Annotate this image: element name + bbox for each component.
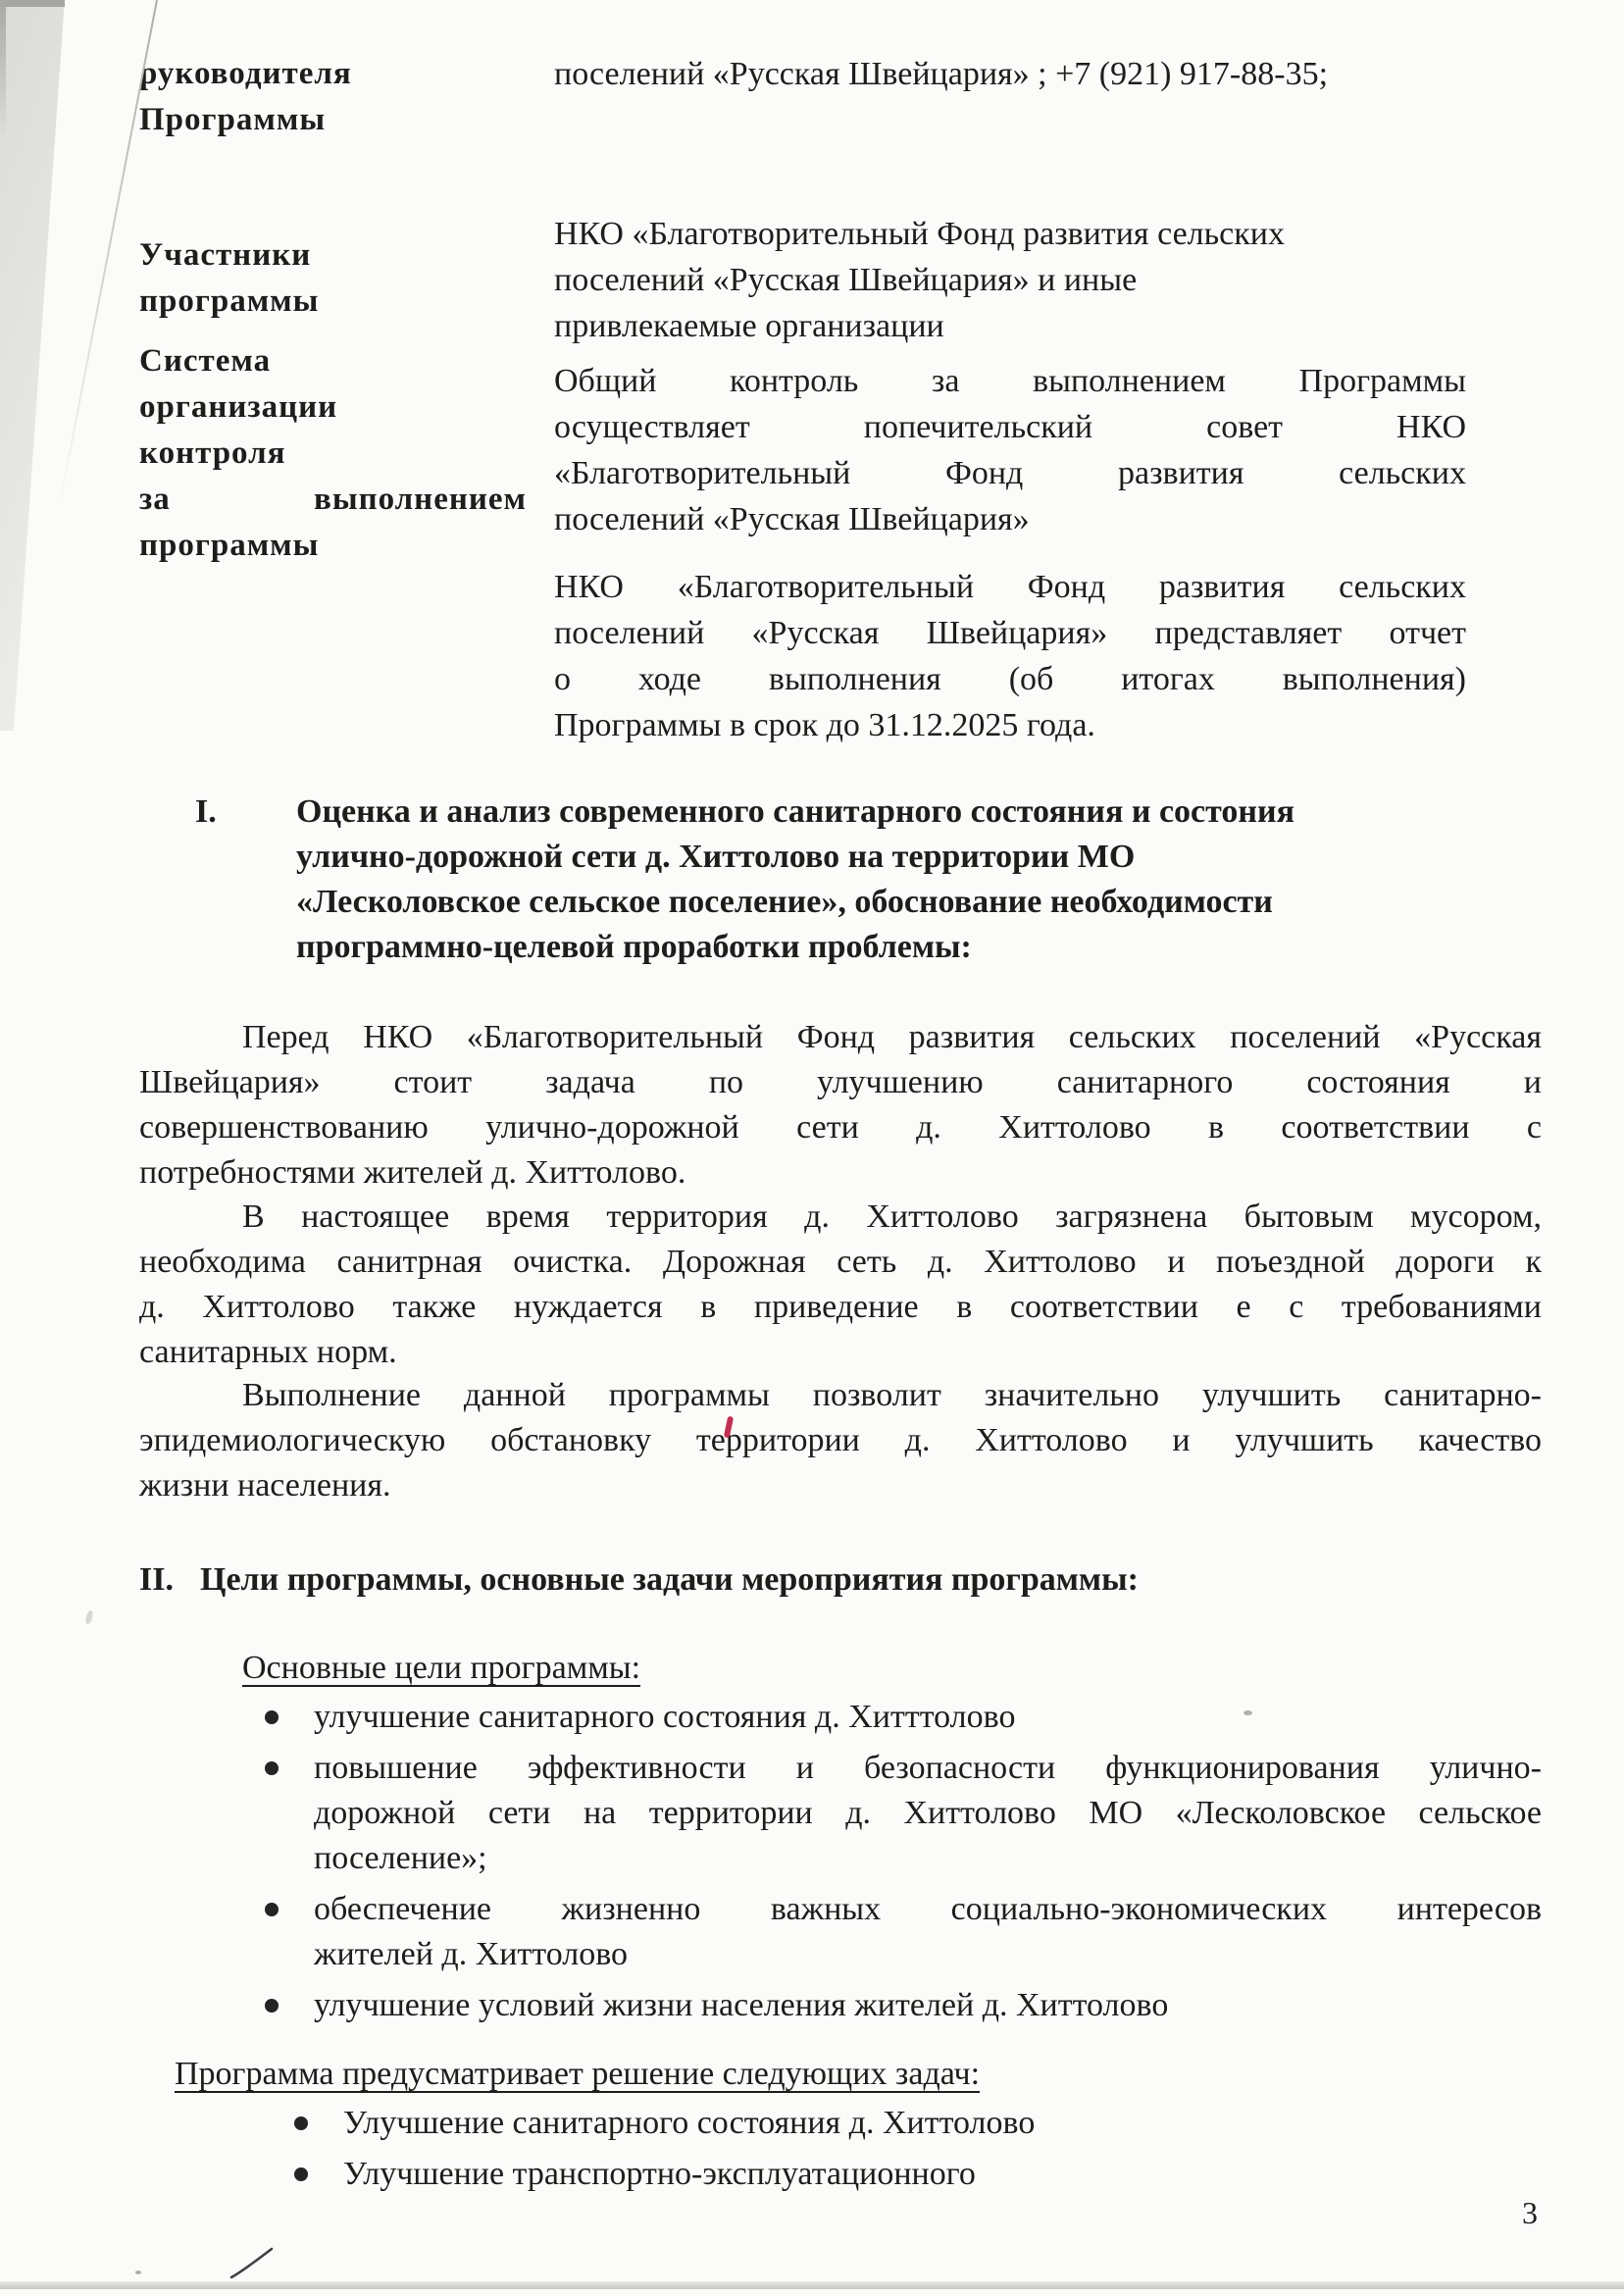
scan-speck: [84, 1609, 93, 1624]
page-number: 3: [1522, 2195, 1538, 2231]
fold-edge-top: [0, 0, 65, 7]
list-item: Улучшение транспортно-эксплуатационного: [139, 2152, 1542, 2197]
heading-line: улично-дорожной сети д. Хиттолово на тер…: [296, 835, 1483, 880]
fold-shadow: [0, 0, 137, 731]
bullet-icon: [265, 1710, 279, 1724]
list-item: улучшение санитарного состояния д. Хиттт…: [139, 1695, 1542, 1740]
paragraph-line: Швейцария» стоит задача по улучшению сан…: [139, 1060, 1542, 1105]
value-line: Программы в срок до 31.12.2025 года.: [554, 702, 1466, 748]
section-2-heading: II. Цели программы, основные задачи меро…: [139, 1557, 1542, 1603]
goals-list: улучшение санитарного состояния д. Хиттт…: [139, 1695, 1542, 2028]
list-item-line: улучшение санитарного состояния д. Хиттт…: [314, 1695, 1542, 1740]
label-line: руководителя: [139, 51, 527, 97]
value-line: НКО «Благотворительный Фонд развития сел…: [554, 211, 1466, 257]
section-2-title: Цели программы, основные задачи мероприя…: [200, 1557, 1542, 1603]
bullet-icon: [294, 2116, 308, 2130]
paragraph-line: В настоящее время территория д. Хиттолов…: [139, 1195, 1542, 1240]
section-1-title: Оценка и анализ современного санитарного…: [296, 790, 1483, 970]
info-row-participants: Участники программы НКО «Благотворительн…: [139, 211, 1542, 349]
list-item: повышение эффективности и безопасности ф…: [139, 1746, 1542, 1881]
bullet-icon: [294, 2167, 308, 2181]
list-item: обеспечение жизненно важных социально-эк…: [139, 1887, 1542, 1977]
label-line: Система: [139, 338, 527, 384]
section-1-number: I.: [195, 790, 217, 835]
label-line: программы: [139, 279, 527, 325]
fold-crease-line: [17, 0, 158, 723]
value-line: поселений «Русская Швейцария»: [554, 496, 1466, 542]
label-line: Участники: [139, 232, 527, 279]
value-line: Общий контроль за выполнением Программы: [554, 358, 1466, 404]
list-item-line: дорожной сети на территории д. Хиттолово…: [314, 1791, 1542, 1836]
heading-line: «Лесколовское сельское поселение», обосн…: [296, 880, 1483, 925]
label-line: программы: [139, 523, 527, 569]
value-line: поселений «Русская Швейцария» и иные: [554, 257, 1466, 303]
list-item-line: Улучшение санитарного состояния д. Хитто…: [343, 2101, 1542, 2146]
value-line: «Благотворительный Фонд развития сельски…: [554, 450, 1466, 496]
value-line: осуществляет попечительский совет НКО: [554, 404, 1466, 450]
label-line: за выполнением: [139, 477, 527, 523]
info-value: поселений «Русская Швейцария» ; +7 (921)…: [554, 51, 1466, 97]
pen-stroke-icon: [229, 2247, 275, 2280]
label-line: Программы: [139, 97, 527, 143]
list-item-line: повышение эффективности и безопасности ф…: [314, 1746, 1542, 1791]
bullet-icon: [265, 1903, 279, 1916]
scan-speck: [1243, 1710, 1252, 1715]
label-line: организации: [139, 384, 527, 431]
info-row-program-head: руководителя Программы поселений «Русска…: [139, 51, 1542, 97]
info-value: НКО «Благотворительный Фонд развития сел…: [554, 211, 1466, 349]
tasks-list-title: Программа предусматривает решение следую…: [175, 2052, 980, 2097]
list-item-line: жителей д. Хиттолово: [314, 1932, 1542, 1977]
bullet-icon: [265, 1999, 279, 2013]
heading-line: программно-целевой проработки проблемы:: [296, 925, 1483, 970]
body-paragraph-3: Выполнение данной программы позволит зна…: [139, 1373, 1542, 1508]
info-value: Общий контроль за выполнением Программы …: [554, 338, 1466, 748]
paragraph-line: санитарных норм.: [139, 1330, 1542, 1375]
list-item: улучшение условий жизни населения жителе…: [139, 1983, 1542, 2028]
body-paragraph-2: В настоящее время территория д. Хиттолов…: [139, 1195, 1542, 1375]
paragraph-line: Выполнение данной программы позволит зна…: [139, 1373, 1542, 1418]
label-line: контроля: [139, 431, 527, 477]
paragraph-line: совершенствованию улично-дорожной сети д…: [139, 1105, 1542, 1150]
goals-list-title: Основные цели программы:: [242, 1646, 640, 1691]
info-label: Участники программы: [139, 211, 527, 325]
document-content: руководителя Программы поселений «Русска…: [139, 0, 1542, 2294]
paragraph-line: жизни населения.: [139, 1463, 1542, 1508]
value-line: поселений «Русская Швейцария» ; +7 (921)…: [554, 51, 1466, 97]
value-line: НКО «Благотворительный Фонд развития сел…: [554, 564, 1466, 610]
heading-line: Оценка и анализ современного санитарного…: [296, 790, 1483, 835]
bullet-icon: [265, 1761, 279, 1775]
fold-edge-left: [0, 0, 6, 137]
list-item-line: обеспечение жизненно важных социально-эк…: [314, 1887, 1542, 1932]
section-2-number: II.: [139, 1557, 174, 1603]
paragraph-line: эпидемиологическую обстановку территории…: [139, 1418, 1542, 1463]
paragraph-line: Перед НКО «Благотворительный Фонд развит…: [139, 1015, 1542, 1060]
info-label: руководителя Программы: [139, 51, 527, 143]
value-line: поселений «Русская Швейцария» представля…: [554, 610, 1466, 656]
info-label: Система организации контроля за выполнен…: [139, 338, 527, 569]
scan-bottom-edge: [0, 2281, 1624, 2289]
section-1-heading: I. Оценка и анализ современного санитарн…: [139, 790, 1542, 970]
info-row-control-system: Система организации контроля за выполнен…: [139, 338, 1542, 748]
value-line: о ходе выполнения (об итогах выполнения): [554, 656, 1466, 702]
tasks-list: Улучшение санитарного состояния д. Хитто…: [139, 2101, 1542, 2197]
scanned-document-page: { "colors": { "paper": "#fbfbf9", "ink":…: [0, 0, 1624, 2294]
body-paragraph-1: Перед НКО «Благотворительный Фонд развит…: [139, 1015, 1542, 1196]
value-paragraph: НКО «Благотворительный Фонд развития сел…: [554, 564, 1466, 748]
value-paragraph: Общий контроль за выполнением Программы …: [554, 358, 1466, 542]
list-item: Улучшение санитарного состояния д. Хитто…: [139, 2101, 1542, 2146]
list-item-line: улучшение условий жизни населения жителе…: [314, 1983, 1542, 2028]
scan-speck: [135, 2270, 141, 2274]
paragraph-line: необходима санитрная очистка. Дорожная с…: [139, 1240, 1542, 1285]
list-item-line: поселение»;: [314, 1836, 1542, 1881]
list-item-line: Улучшение транспортно-эксплуатационного: [343, 2152, 1542, 2197]
paragraph-line: потребностями жителей д. Хиттолово.: [139, 1150, 1542, 1196]
paragraph-line: д. Хиттолово также нуждается в приведени…: [139, 1285, 1542, 1330]
